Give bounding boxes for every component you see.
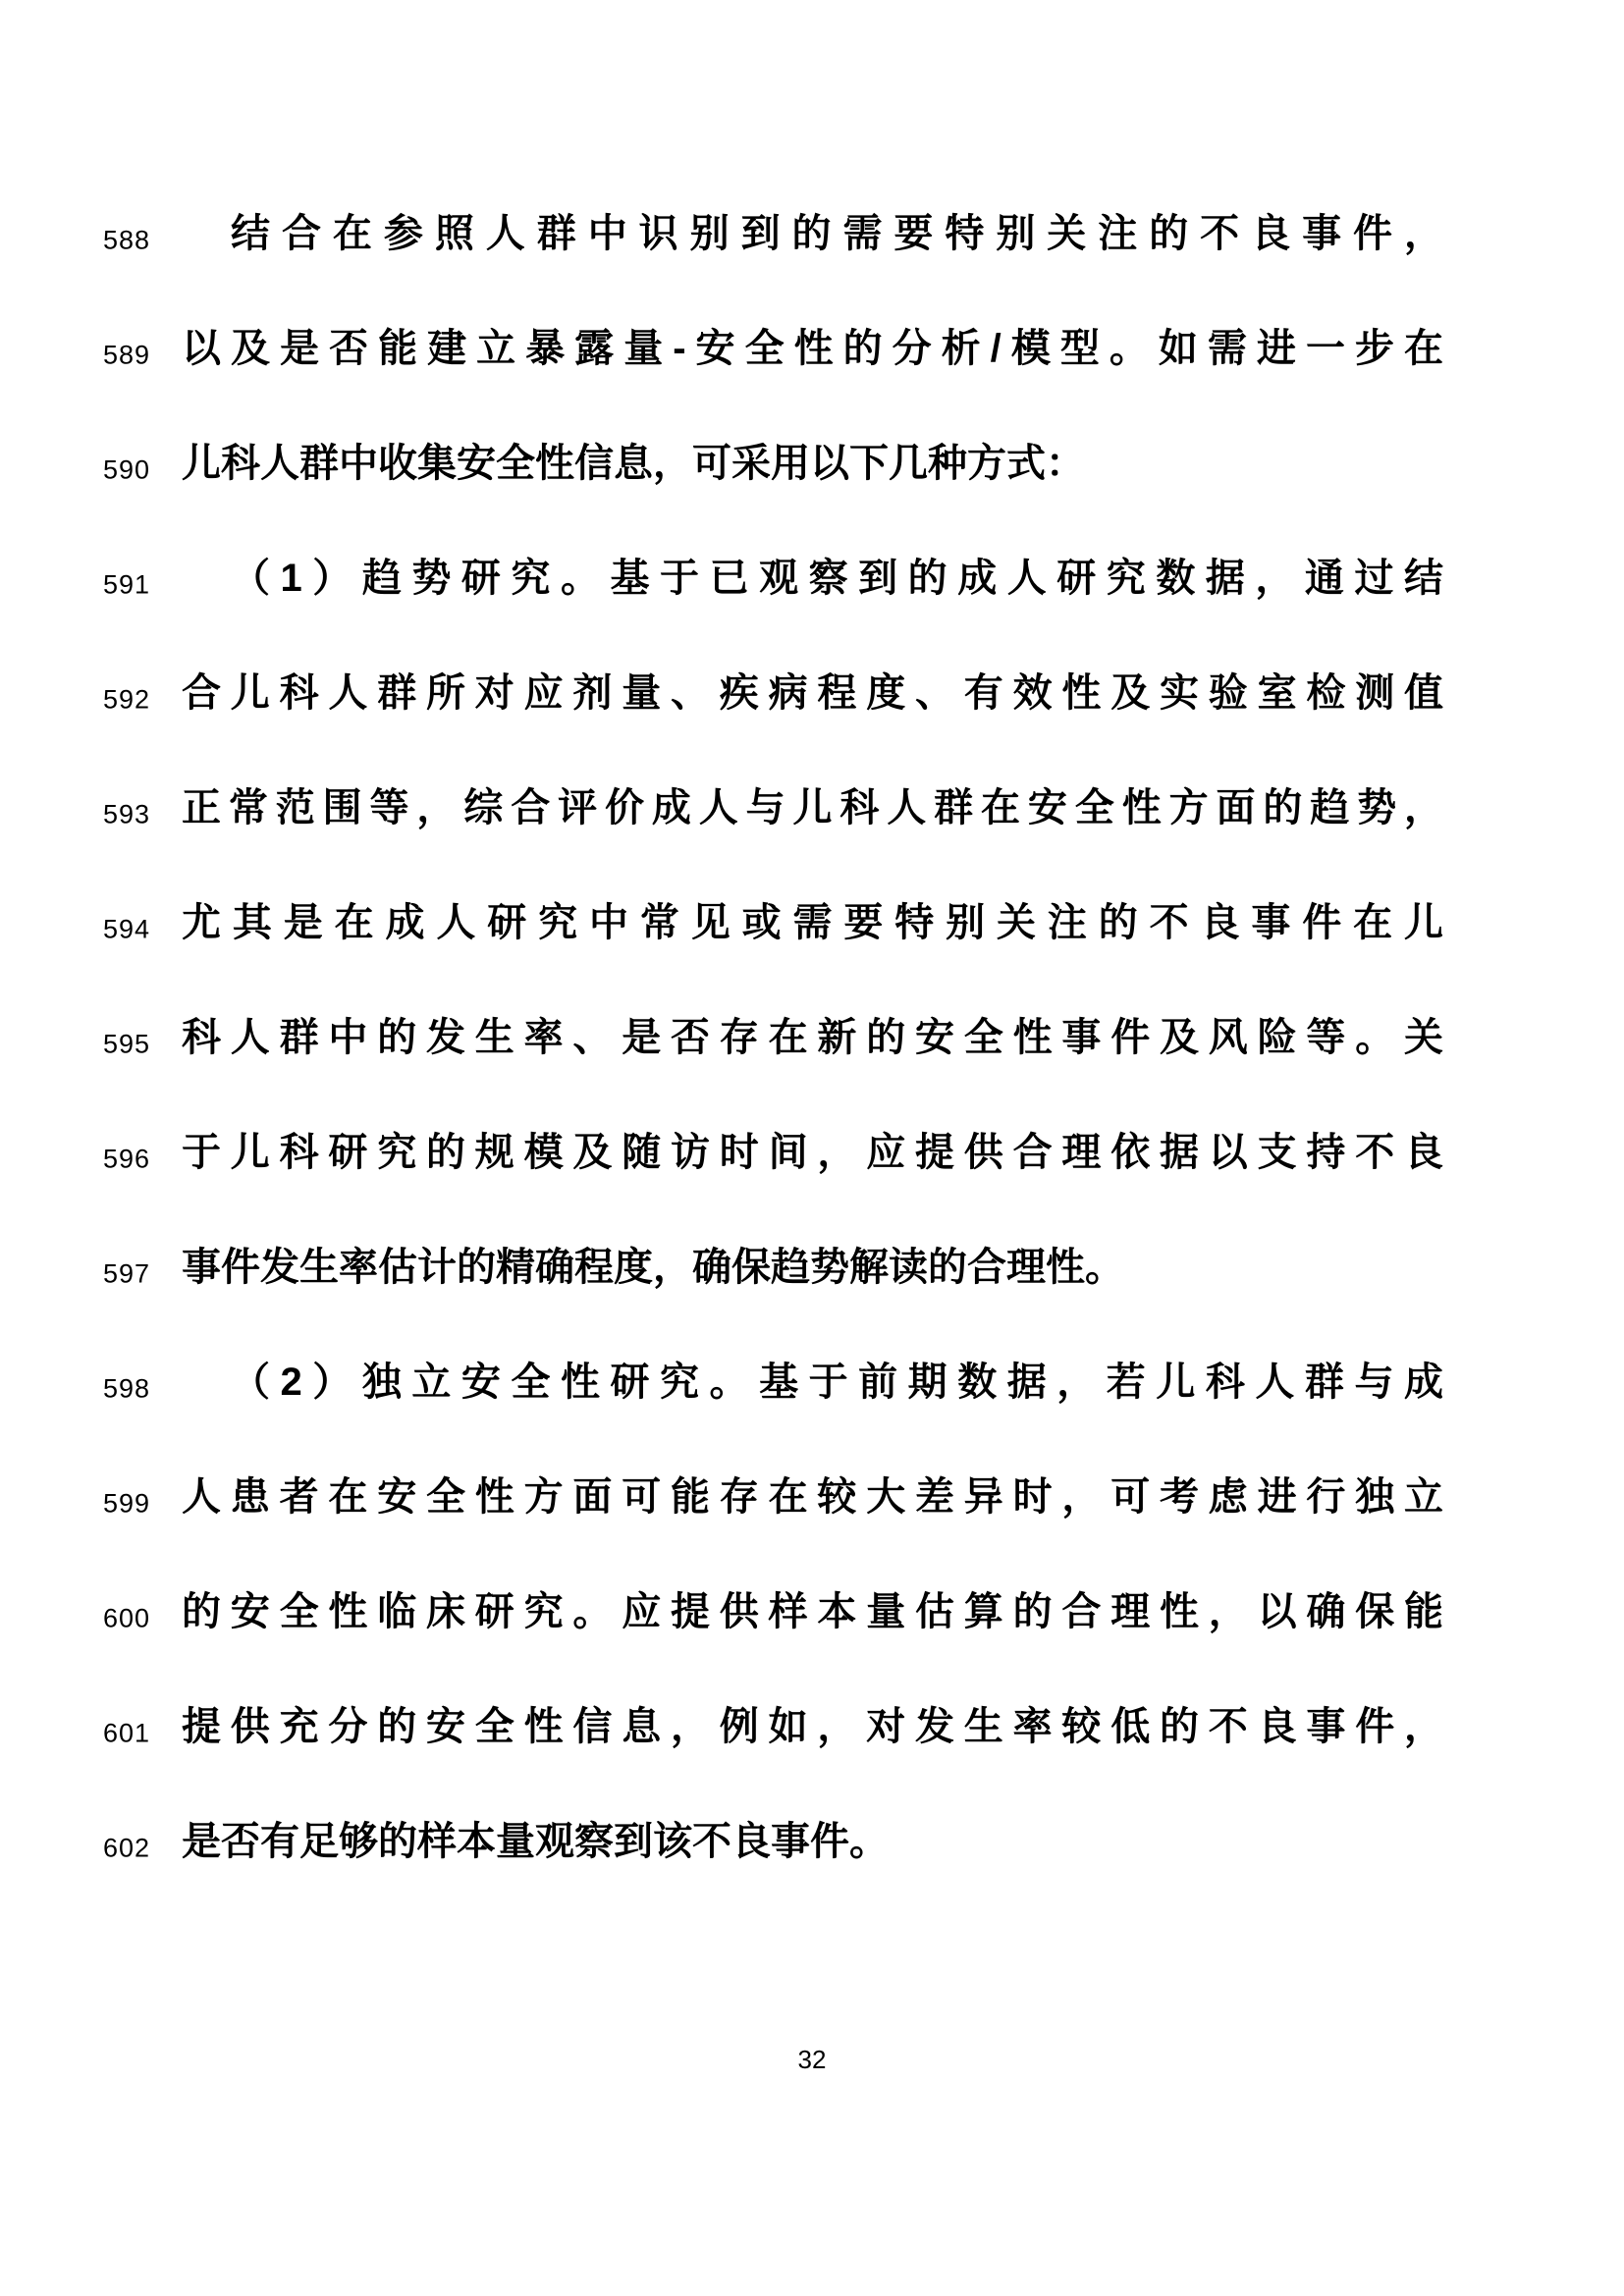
document-body: 588 结合在参照人群中识别到的需要特别关注的不良事件， 589 以及是否能建立… bbox=[0, 177, 1624, 1899]
document-line: 589 以及是否能建立暴露量-安全性的分析/模型。如需进一步在 bbox=[0, 292, 1624, 406]
document-line: 591 （1）趋势研究。基于已观察到的成人研究数据，通过结 bbox=[0, 521, 1624, 636]
line-number: 592 bbox=[103, 684, 150, 715]
line-number: 597 bbox=[103, 1258, 150, 1289]
document-line: 592 合儿科人群所对应剂量、疾病程度、有效性及实验室检测值 bbox=[0, 636, 1624, 751]
line-text: 科人群中的发生率、是否存在新的安全性事件及风险等。关 bbox=[182, 981, 1443, 1095]
line-text: 提供充分的安全性信息，例如，对发生率较低的不良事件， bbox=[182, 1670, 1443, 1785]
document-line: 588 结合在参照人群中识别到的需要特别关注的不良事件， bbox=[0, 177, 1624, 292]
line-number: 593 bbox=[103, 799, 150, 829]
page-number: 32 bbox=[0, 2045, 1624, 2075]
line-text: 是否有足够的样本量观察到该不良事件。 bbox=[182, 1785, 1443, 1899]
line-number: 600 bbox=[103, 1603, 150, 1633]
line-text: 人患者在安全性方面可能存在较大差异时，可考虑进行独立 bbox=[182, 1440, 1443, 1555]
line-number: 601 bbox=[103, 1718, 150, 1748]
line-text: 结合在参照人群中识别到的需要特别关注的不良事件， bbox=[182, 177, 1443, 292]
line-number: 595 bbox=[103, 1029, 150, 1059]
line-number: 602 bbox=[103, 1833, 150, 1863]
document-line: 601 提供充分的安全性信息，例如，对发生率较低的不良事件， bbox=[0, 1670, 1624, 1785]
document-line: 594 尤其是在成人研究中常见或需要特别关注的不良事件在儿 bbox=[0, 866, 1624, 981]
document-line: 599 人患者在安全性方面可能存在较大差异时，可考虑进行独立 bbox=[0, 1440, 1624, 1555]
line-text: 于儿科研究的规模及随访时间，应提供合理依据以支持不良 bbox=[182, 1095, 1443, 1210]
document-line: 597 事件发生率估计的精确程度，确保趋势解读的合理性。 bbox=[0, 1210, 1624, 1325]
line-number: 596 bbox=[103, 1144, 150, 1174]
line-text: 合儿科人群所对应剂量、疾病程度、有效性及实验室检测值 bbox=[182, 636, 1443, 751]
document-line: 590 儿科人群中收集安全性信息，可采用以下几种方式： bbox=[0, 406, 1624, 521]
line-text: 正常范围等，综合评价成人与儿科人群在安全性方面的趋势， bbox=[182, 751, 1443, 866]
line-text: （1）趋势研究。基于已观察到的成人研究数据，通过结 bbox=[182, 521, 1443, 636]
line-text: （2）独立安全性研究。基于前期数据，若儿科人群与成 bbox=[182, 1325, 1443, 1440]
document-line: 598 （2）独立安全性研究。基于前期数据，若儿科人群与成 bbox=[0, 1325, 1624, 1440]
document-line: 596 于儿科研究的规模及随访时间，应提供合理依据以支持不良 bbox=[0, 1095, 1624, 1210]
line-number: 594 bbox=[103, 914, 150, 944]
line-number: 589 bbox=[103, 340, 150, 370]
line-text: 事件发生率估计的精确程度，确保趋势解读的合理性。 bbox=[182, 1210, 1443, 1325]
document-line: 602 是否有足够的样本量观察到该不良事件。 bbox=[0, 1785, 1624, 1899]
document-page: 588 结合在参照人群中识别到的需要特别关注的不良事件， 589 以及是否能建立… bbox=[0, 0, 1624, 2296]
document-line: 595 科人群中的发生率、是否存在新的安全性事件及风险等。关 bbox=[0, 981, 1624, 1095]
line-text: 尤其是在成人研究中常见或需要特别关注的不良事件在儿 bbox=[182, 866, 1443, 981]
line-number: 591 bbox=[103, 569, 150, 600]
line-text: 儿科人群中收集安全性信息，可采用以下几种方式： bbox=[182, 406, 1443, 521]
line-number: 599 bbox=[103, 1488, 150, 1519]
document-line: 600 的安全性临床研究。应提供样本量估算的合理性，以确保能 bbox=[0, 1555, 1624, 1670]
line-text: 以及是否能建立暴露量-安全性的分析/模型。如需进一步在 bbox=[182, 292, 1443, 406]
line-number: 598 bbox=[103, 1373, 150, 1404]
line-text: 的安全性临床研究。应提供样本量估算的合理性，以确保能 bbox=[182, 1555, 1443, 1670]
line-number: 588 bbox=[103, 225, 150, 255]
document-line: 593 正常范围等，综合评价成人与儿科人群在安全性方面的趋势， bbox=[0, 751, 1624, 866]
line-number: 590 bbox=[103, 454, 150, 485]
